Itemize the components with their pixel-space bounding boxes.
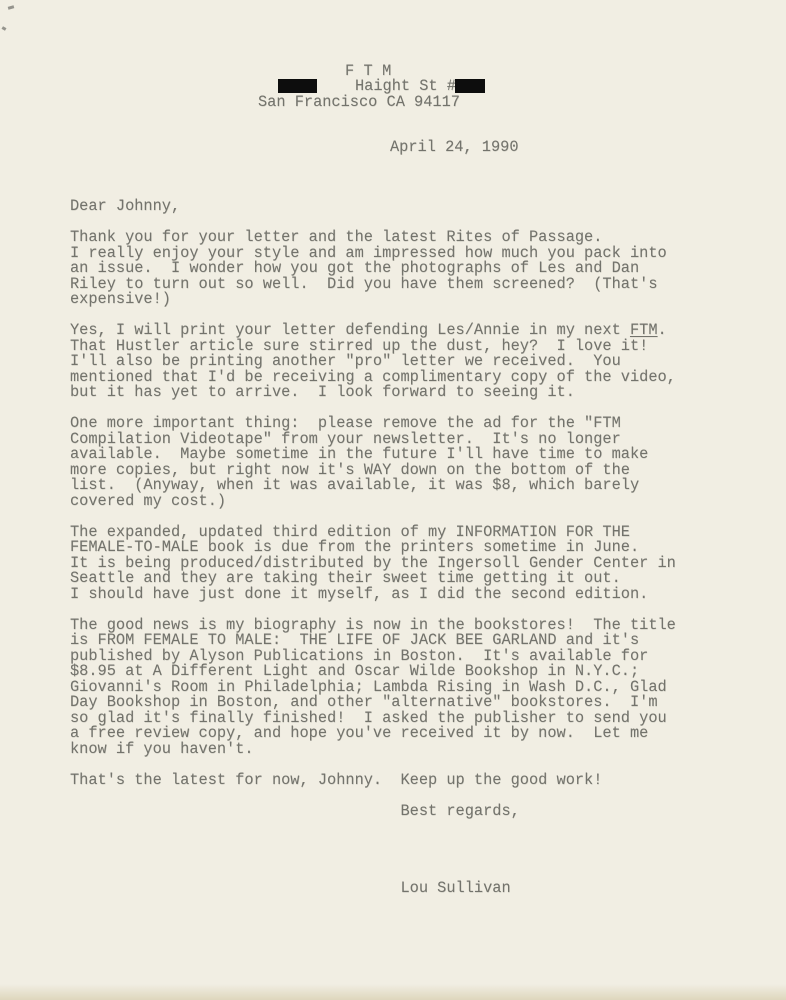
redaction-apartment-number	[455, 79, 485, 93]
city-line: San Francisco CA 94117	[258, 95, 460, 111]
text-segment: .	[658, 321, 667, 339]
paper-speck	[8, 5, 15, 9]
date-line: April 24, 1990	[390, 140, 519, 156]
text-segment: Best regards,	[70, 802, 520, 820]
letter-line-41	[70, 819, 676, 835]
text-segment: Dear Johnny,	[70, 197, 180, 215]
text-segment: but it has yet to arrive. I look forward…	[70, 383, 575, 401]
letter-line-13: but it has yet to arrive. I look forward…	[70, 385, 676, 401]
redaction-street-number	[278, 79, 317, 93]
letter-line-36: know if you haven't.	[70, 742, 676, 758]
text-segment: know if you haven't.	[70, 740, 254, 758]
text-segment: covered my cost.)	[70, 492, 226, 510]
text-segment: That's the latest for now, Johnny. Keep …	[70, 771, 602, 789]
letter-line-26: I should have just done it myself, as I …	[70, 587, 676, 603]
letter-page: F T M Haight St # San Francisco CA 94117…	[0, 0, 786, 1000]
page-bottom-shadow	[0, 984, 786, 1000]
letter-body: Dear Johnny, Thank you for your letter a…	[70, 199, 676, 897]
letter-line-7: expensive!)	[70, 292, 676, 308]
letter-line-20: covered my cost.)	[70, 494, 676, 510]
letter-line-43	[70, 850, 676, 866]
text-segment: I should have just done it myself, as I …	[70, 585, 648, 603]
paper-speck	[2, 26, 7, 31]
signature-name: Lou Sullivan	[70, 881, 676, 897]
text-segment: Lou Sullivan	[70, 879, 511, 897]
valediction: Best regards,	[70, 804, 676, 820]
letter-line-42	[70, 835, 676, 851]
closing-line: That's the latest for now, Johnny. Keep …	[70, 773, 676, 789]
salutation: Dear Johnny,	[70, 199, 676, 215]
text-segment: expensive!)	[70, 290, 171, 308]
